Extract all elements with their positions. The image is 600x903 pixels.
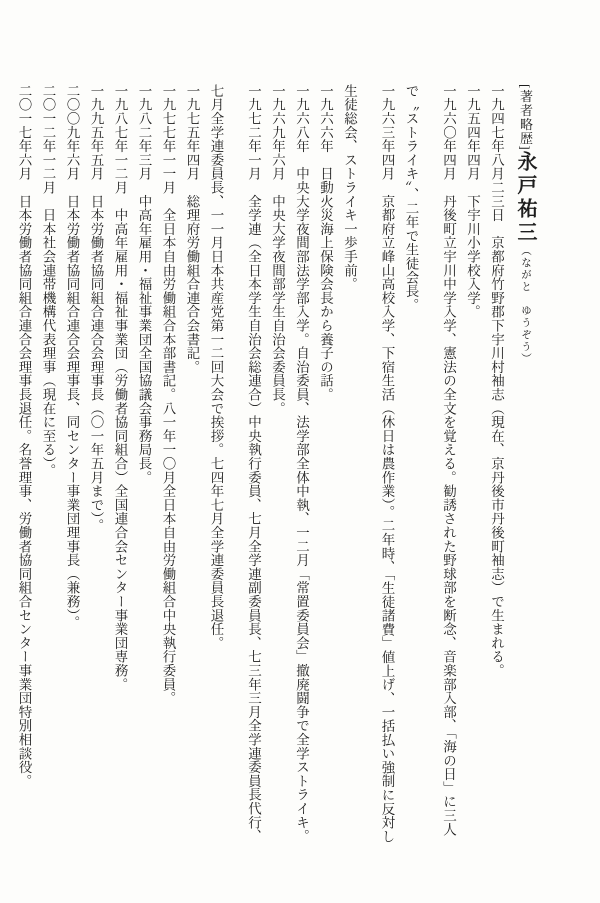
entry-line: 一九六三年四月 京都府立峰山高校入学、下宿生活（休日は農作業）。二年時、「生徒諸… — [375, 84, 399, 862]
timeline-entries: 一九四七年八月二三日 京都府竹野郡下宇川村袖志（現在、京丹後市丹後町袖志）で生ま… — [12, 84, 509, 862]
entry-line: 一九六八年 中央大学夜間部法学部入学。自治委員、法学部全体中執、一二月「常置委員… — [289, 84, 313, 862]
entry-line: 一九七二年一月 全学連（全日本学生自治会総連合）中央執行委員、七月全学連副委員長… — [241, 84, 265, 862]
entry-line-continuation: 生徒総会、ストライキ一歩手前。 — [337, 84, 375, 862]
entry-line: 一九四七年八月二三日 京都府竹野郡下宇川村袖志（現在、京丹後市丹後町袖志）で生ま… — [484, 84, 508, 862]
entry-line: 一九九五年五月 日本労働者協同組合連合会理事長（〇一年五月まで）。 — [84, 84, 108, 862]
entry-line: 一九七五年四月 総理府労働組合連合会書記。 — [180, 84, 204, 862]
author-name-reading: （ながと ゆうぞう） — [520, 245, 537, 365]
entry-line: 一九八七年一二月 中高年雇用・福祉事業団（労働者協同組合）全国連合会センター事業… — [108, 84, 132, 862]
book-page: [著者略歴]永戸祐三（ながと ゆうぞう） 一九四七年八月二三日 京都府竹野郡下宇… — [0, 0, 600, 903]
entry-line: 一九六六年 日動火災海上保険会長から養子の話。 — [313, 84, 337, 862]
entry-line: 一九八二年三月 中高年雇用・福祉事業団全国協議会事務局長。 — [132, 84, 156, 862]
entry-line: 二〇〇九年六月 日本労働者協同組合連合会理事長、同センター事業団理事長（兼務）。 — [60, 84, 84, 862]
author-name: 永戸祐三 — [514, 151, 545, 245]
entry-line-continuation: で〝ストライキ〟、二年で生徒会長。 — [399, 84, 437, 862]
section-label: [著者略歴] — [518, 84, 533, 151]
entry-line: 一九六〇年四月 丹後町立宇川中学入学、憲法の全文を覚える。勧誘された野球部を断念… — [436, 84, 460, 862]
biography-header: [著者略歴]永戸祐三（ながと ゆうぞう） — [508, 84, 542, 862]
entry-line: 二〇一二年一二月 日本社会連帯機構代表理事（現在に至る）。 — [36, 84, 60, 862]
entry-line-continuation: 七月全学連委員長、一一月日本共産党第一二回大会で挨拶。七四年七月全学連委員長退任… — [204, 84, 242, 862]
entry-line: 一九七七年一一月 全日本自由労働組合本部書記。八一年一〇月全日本自由労働組合中央… — [156, 84, 180, 862]
entry-line: 一九五四年四月 下宇川小学校入学。 — [460, 84, 484, 862]
entry-line: 一九六九年六月 中央大学夜間部学生自治会委員長。 — [265, 84, 289, 862]
author-biography: [著者略歴]永戸祐三（ながと ゆうぞう） 一九四七年八月二三日 京都府竹野郡下宇… — [12, 84, 543, 862]
entry-line: 二〇一七年六月 日本労働者協同組合連合会理事長退任。名誉理事、労働者協同組合セン… — [12, 84, 36, 862]
